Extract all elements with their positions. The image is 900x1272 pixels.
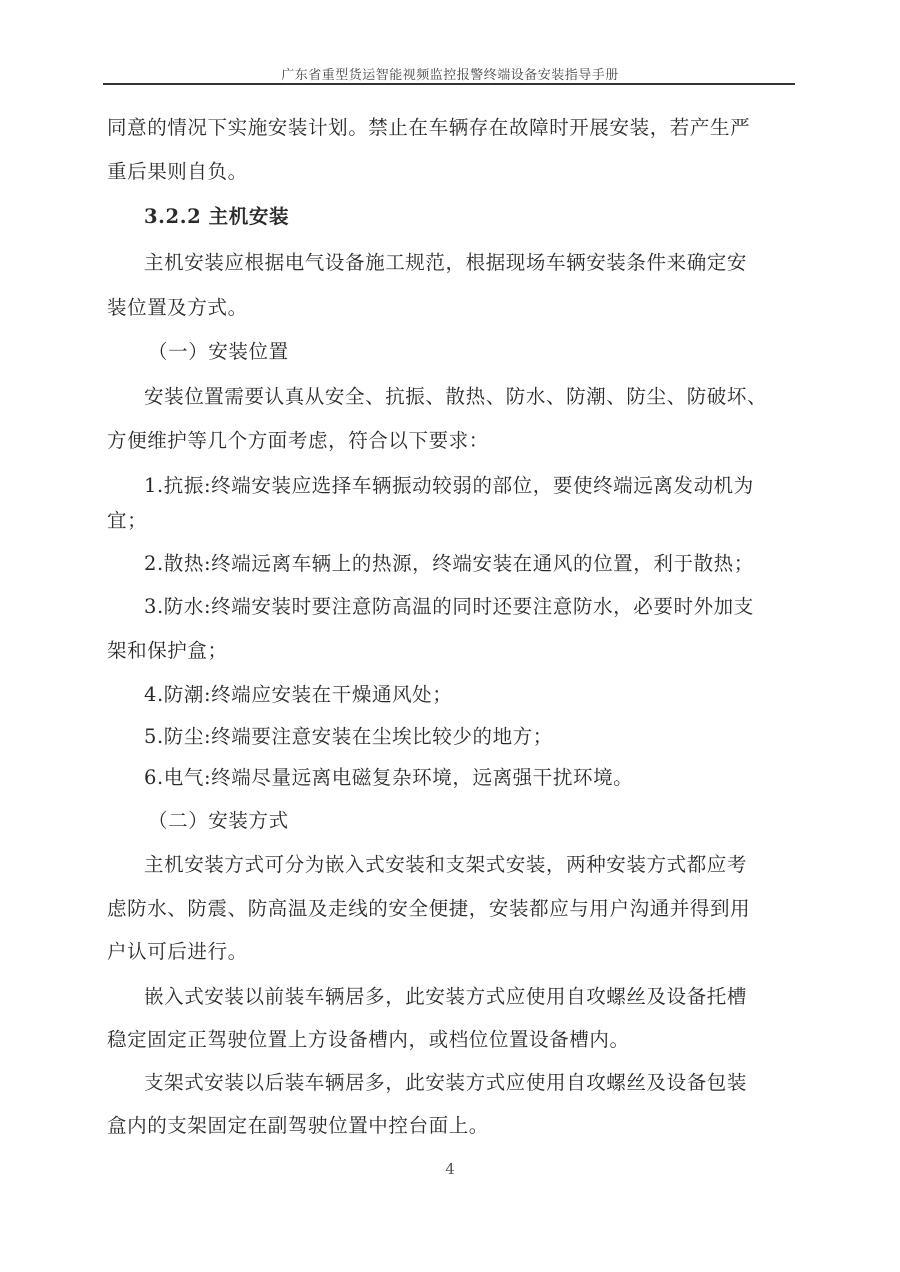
paragraph-line: 装位置及方式。 (107, 295, 797, 321)
section-heading: 3.2.2 主机安装 (144, 204, 834, 230)
list-item-continuation: 架和保护盒； (107, 638, 797, 664)
list-item: 2.散热:终端远离车辆上的热源，终端安装在通风的位置，利于散热； (144, 551, 834, 577)
list-item: 6.电气:终端尽量远离电磁复杂环境，远离强干扰环境。 (144, 765, 834, 791)
paragraph-line: 虑防水、防震、防高温及走线的安全便捷，安装都应与用户沟通并得到用 (107, 896, 797, 922)
paragraph-line: 同意的情况下实施安装计划。禁止在车辆存在故障时开展安装，若产生严 (107, 115, 797, 141)
paragraph-line: 支架式安装以后装车辆居多，此安装方式应使用自攻螺丝及设备包装 (144, 1070, 834, 1096)
paragraph-line: 盒内的支架固定在副驾驶位置中控台面上。 (107, 1113, 797, 1139)
document-header-title: 广东省重型货运智能视频监控报警终端设备安装指导手册 (0, 64, 900, 83)
paragraph-line: 主机安装应根据电气设备施工规范，根据现场车辆安装条件来确定安 (144, 250, 834, 276)
paragraph-line: 重后果则自负。 (107, 159, 797, 185)
paragraph-line: 稳定固定正驾驶位置上方设备槽内，或档位位置设备槽内。 (107, 1027, 797, 1053)
subsection-heading: （二）安装方式 (148, 808, 838, 834)
list-item: 5.防尘:终端要注意安装在尘埃比较少的地方； (144, 724, 834, 750)
paragraph-line: 主机安装方式可分为嵌入式安装和支架式安装，两种安装方式都应考 (144, 852, 834, 878)
header-divider (103, 83, 795, 85)
paragraph-line: 方便维护等几个方面考虑，符合以下要求： (107, 428, 797, 454)
paragraph-line: 户认可后进行。 (107, 939, 797, 965)
list-item: 1.抗振:终端安装应选择车辆振动较弱的部位，要使终端远离发动机为 (144, 473, 834, 499)
subsection-heading: （一）安装位置 (148, 339, 838, 365)
list-item-continuation: 宜； (107, 508, 797, 534)
paragraph-line: 嵌入式安装以前装车辆居多，此安装方式应使用自攻螺丝及设备托槽 (144, 984, 834, 1010)
page-number: 4 (0, 1160, 900, 1178)
paragraph-line: 安装位置需要认真从安全、抗振、散热、防水、防潮、防尘、防破坏、 (144, 384, 834, 410)
list-item: 3.防水:终端安装时要注意防高温的同时还要注意防水，必要时外加支 (144, 594, 834, 620)
list-item: 4.防潮:终端应安装在干燥通风处； (144, 682, 834, 708)
